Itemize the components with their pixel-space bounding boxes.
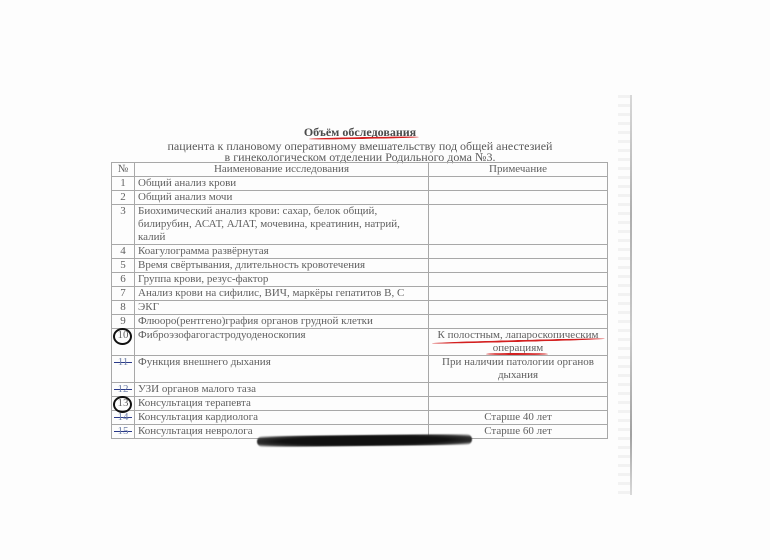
examination-name: Консультация кардиолога	[135, 411, 429, 425]
table-row: 10ФиброэзофагогастродуоденоскопияК полос…	[112, 329, 608, 356]
examination-name: Время свёртывания, длительность кровотеч…	[135, 259, 429, 273]
table-row: 9Флюоро(рентгено)графия органов грудной …	[112, 315, 608, 329]
examination-note	[429, 273, 608, 287]
examination-note	[429, 397, 608, 411]
row-number: 4	[112, 245, 135, 259]
row-number: 2	[112, 191, 135, 205]
examination-name: Флюоро(рентгено)графия органов грудной к…	[135, 315, 429, 329]
examination-name: Биохимический анализ крови: сахар, белок…	[135, 205, 429, 245]
row-number: 1	[112, 177, 135, 191]
redacted-signature-scribble	[257, 434, 472, 447]
row-number: 7	[112, 287, 135, 301]
table-row: 14Консультация кардиологаСтарше 40 лет	[112, 411, 608, 425]
table-row: 4Коагулограмма развёрнутая	[112, 245, 608, 259]
table-row: 8ЭКГ	[112, 301, 608, 315]
row-number-text: 8	[120, 301, 126, 313]
table-row: 11Функция внешнего дыханияПри наличии па…	[112, 356, 608, 383]
row-number-text: 6	[120, 273, 126, 285]
table-row: 2Общий анализ мочи	[112, 191, 608, 205]
row-number-text: 4	[120, 245, 126, 257]
header-name: Наименование исследования	[135, 163, 429, 177]
examination-note	[429, 315, 608, 329]
row-number-text: 15	[118, 425, 129, 437]
row-number-text: 10	[118, 329, 129, 341]
header-num: №	[112, 163, 135, 177]
examination-note: При наличии патологии органовдыхания	[429, 356, 608, 383]
note-text: К полостным, лапароскопическимоперациям	[438, 329, 599, 355]
row-number: 9	[112, 315, 135, 329]
table-row: 13Консультация терапевта	[112, 397, 608, 411]
examination-name: УЗИ органов малого таза	[135, 383, 429, 397]
examination-note	[429, 383, 608, 397]
row-number-struck: 12	[112, 383, 135, 397]
examination-table: № Наименование исследования Примечание 1…	[111, 162, 608, 439]
examination-note: К полостным, лапароскопическимоперациям	[429, 329, 608, 356]
row-number-struck: 11	[112, 356, 135, 383]
examination-name: Общий анализ мочи	[135, 191, 429, 205]
row-number: 3	[112, 205, 135, 245]
table-row: 6Группа крови, резус-фактор	[112, 273, 608, 287]
row-number-text: 14	[118, 411, 129, 423]
row-number-struck: 15	[112, 425, 135, 439]
examination-name: Общий анализ крови	[135, 177, 429, 191]
row-number-text: 13	[118, 397, 129, 409]
row-number-struck: 14	[112, 411, 135, 425]
examination-note	[429, 287, 608, 301]
table-header-row: № Наименование исследования Примечание	[112, 163, 608, 177]
row-number-text: 11	[118, 356, 129, 368]
table-row: 7Анализ крови на сифилис, ВИЧ, маркёры г…	[112, 287, 608, 301]
row-number: 5	[112, 259, 135, 273]
examination-note: Старше 40 лет	[429, 411, 608, 425]
row-number-circled: 10	[112, 329, 135, 356]
examination-name: Коагулограмма развёрнутая	[135, 245, 429, 259]
row-number-text: 5	[120, 259, 126, 271]
examination-note	[429, 245, 608, 259]
header-note: Примечание	[429, 163, 608, 177]
row-number-circled: 13	[112, 397, 135, 411]
row-number-text: 7	[120, 287, 126, 299]
examination-name: Группа крови, резус-фактор	[135, 273, 429, 287]
table-row: 3Биохимический анализ крови: сахар, бело…	[112, 205, 608, 245]
row-number-text: 3	[120, 205, 126, 217]
table-row: 12УЗИ органов малого таза	[112, 383, 608, 397]
examination-name: ЭКГ	[135, 301, 429, 315]
row-number-text: 9	[120, 315, 126, 327]
examination-name: Анализ крови на сифилис, ВИЧ, маркёры ге…	[135, 287, 429, 301]
row-number: 6	[112, 273, 135, 287]
examination-name: Фиброэзофагогастродуоденоскопия	[135, 329, 429, 356]
table-row: 1Общий анализ крови	[112, 177, 608, 191]
table-row: 5Время свёртывания, длительность кровоте…	[112, 259, 608, 273]
examination-note	[429, 301, 608, 315]
row-number-text: 2	[120, 191, 126, 203]
examination-note	[429, 259, 608, 273]
examination-note	[429, 205, 608, 245]
red-pen-underline	[486, 353, 548, 355]
examination-note	[429, 177, 608, 191]
examination-note	[429, 191, 608, 205]
examination-name: Функция внешнего дыхания	[135, 356, 429, 383]
row-number-text: 1	[120, 177, 126, 189]
scanned-page: Объём обследования пациента к плановому …	[0, 0, 770, 560]
row-number: 8	[112, 301, 135, 315]
note-text: При наличии патологии органовдыхания	[442, 356, 594, 382]
examination-name: Консультация терапевта	[135, 397, 429, 411]
row-number-text: 12	[118, 383, 129, 395]
